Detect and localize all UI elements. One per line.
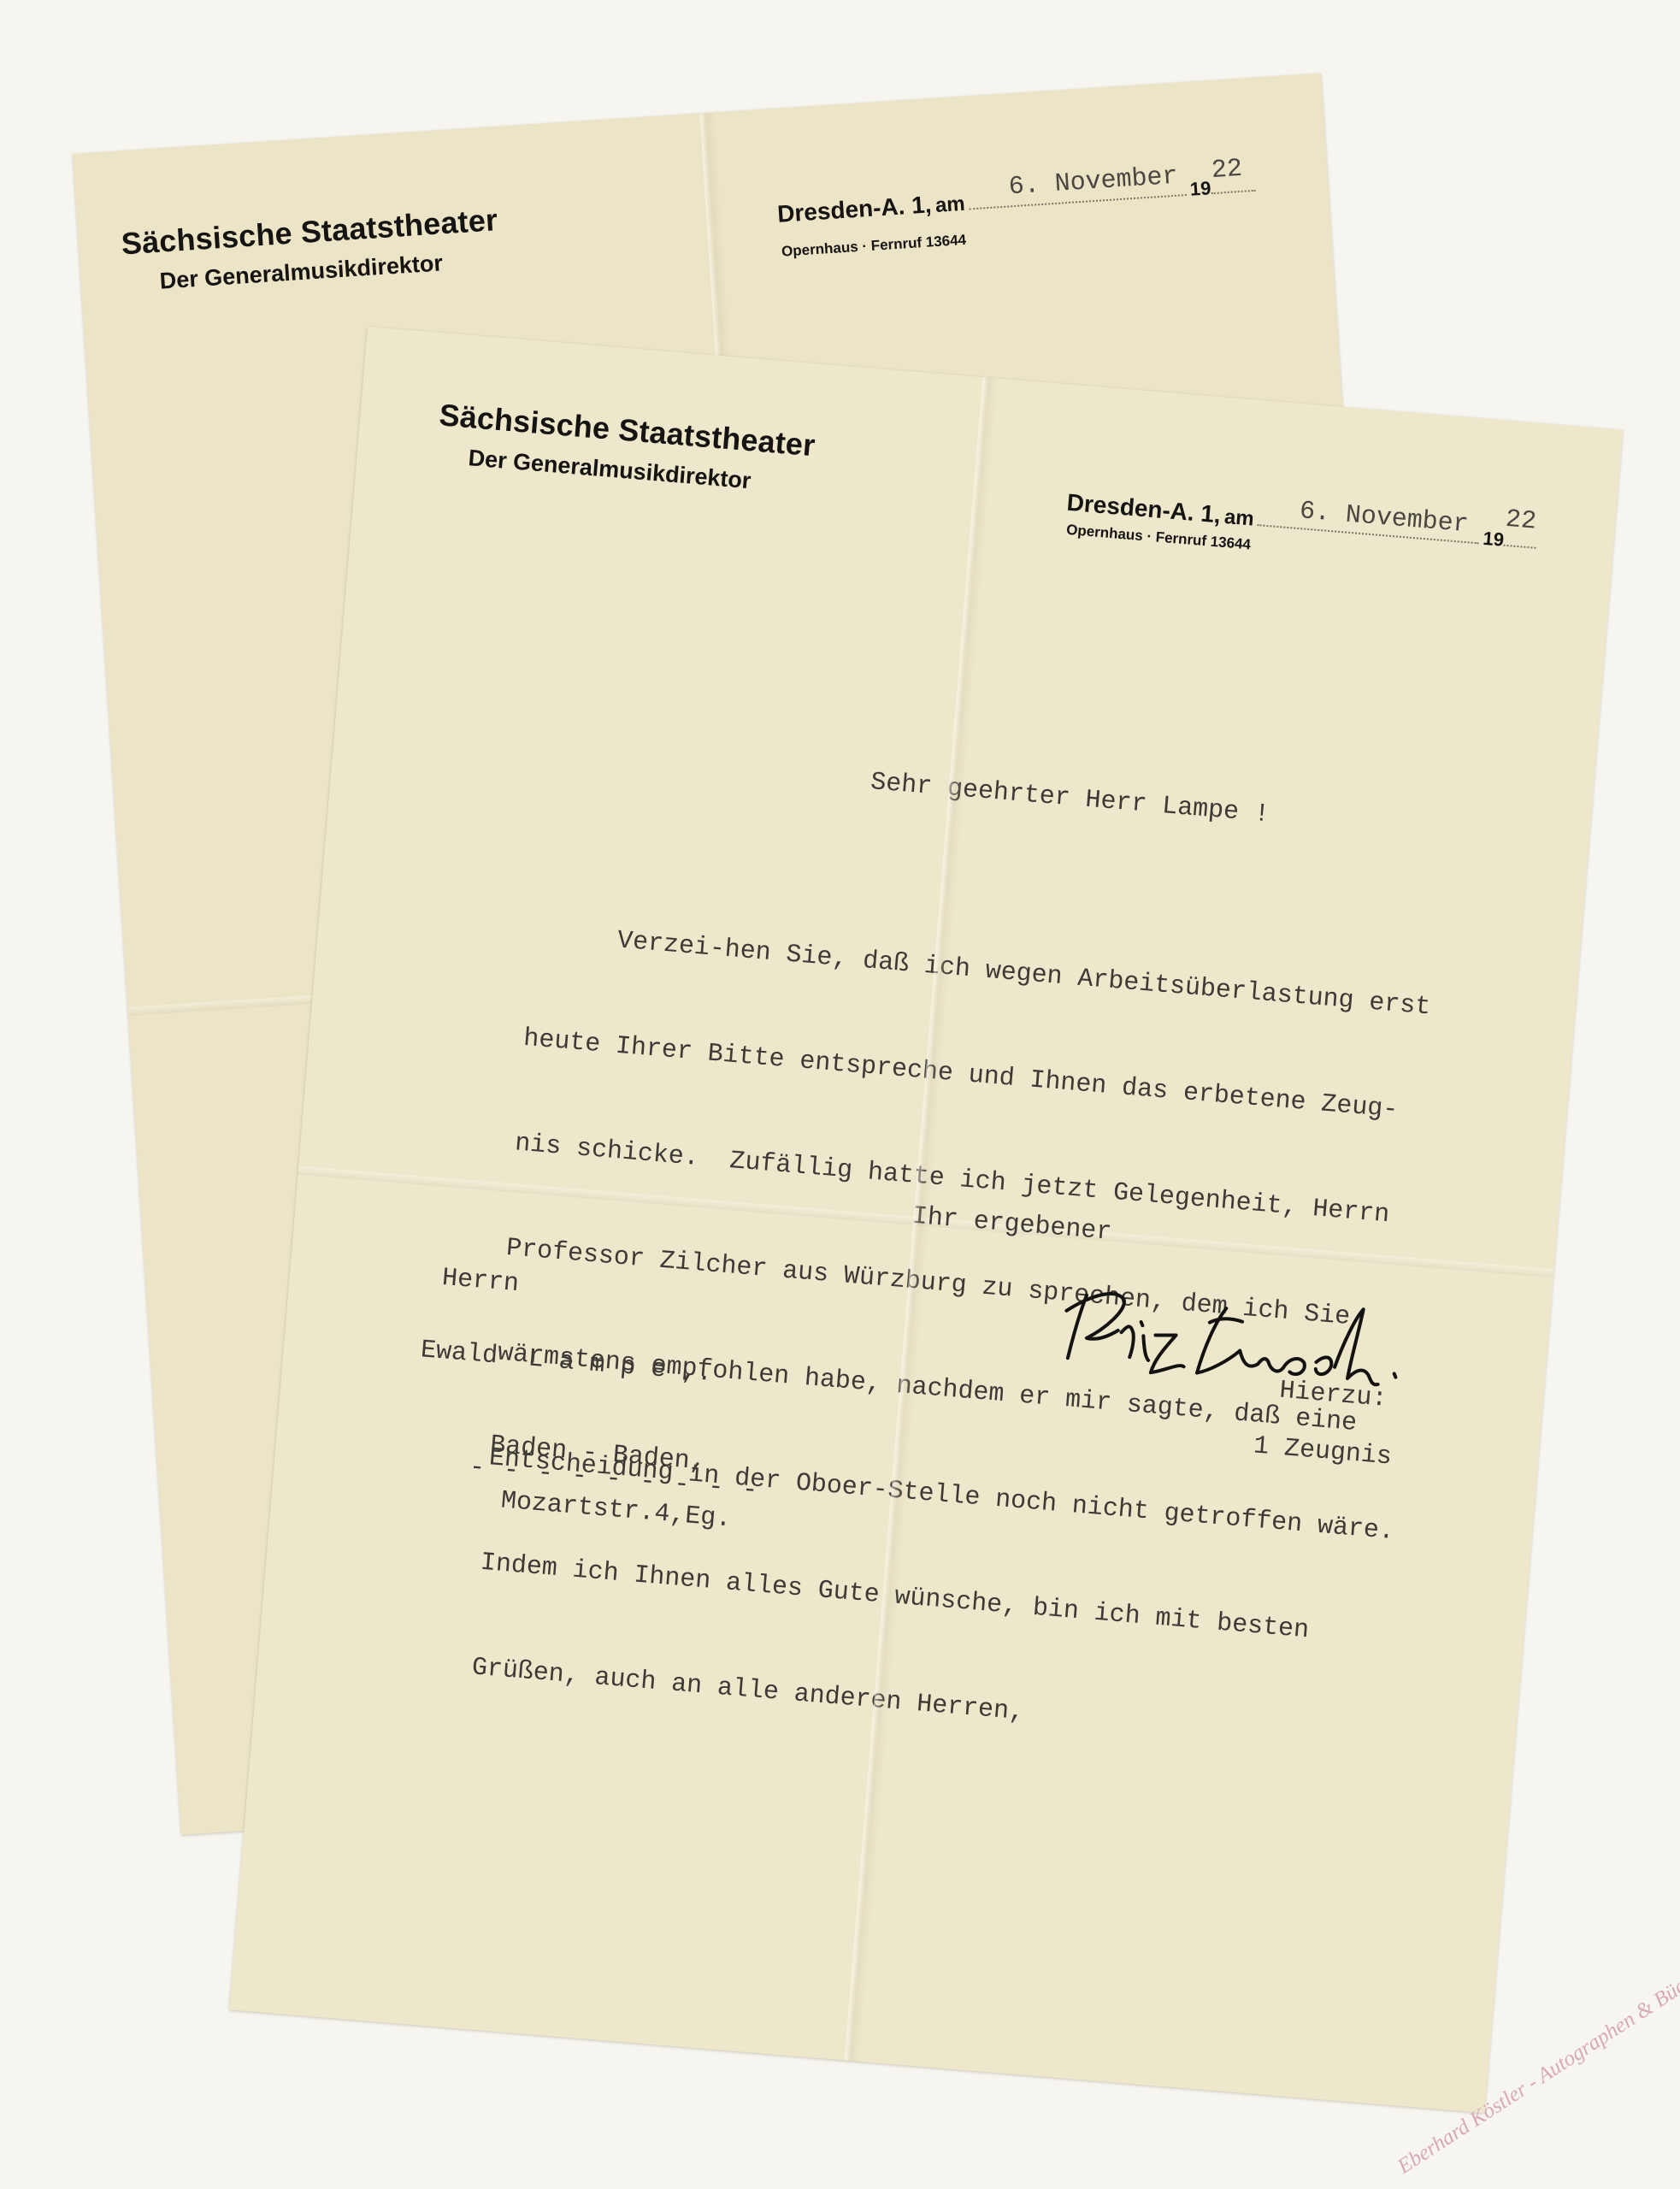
typed-year: 22	[1211, 155, 1243, 186]
letterhead-phone: Opernhaus · Fernruf 13644	[781, 232, 966, 261]
body-line: heute Ihrer Bitte entspreche und Ihnen d…	[522, 1022, 1430, 1131]
recipient-salutation: Herrn	[440, 1261, 520, 1302]
year-prefix: 19	[1483, 528, 1505, 551]
date-prefix: am	[934, 192, 965, 217]
salutation: Sehr geehrter Herr Lampe !	[869, 765, 1271, 833]
body-line: Indem ich Ihnen alles Gute wünsche, bin …	[479, 1546, 1387, 1655]
typed-date: 6. November	[1299, 497, 1470, 540]
typed-year: 22	[1505, 505, 1538, 537]
year-line: 22	[1211, 190, 1256, 194]
letterhead-city: Dresden-A. 1,	[776, 191, 932, 227]
body-line: Grüßen, auch an alle anderen Herren,	[470, 1650, 1378, 1760]
year-line: 22	[1503, 545, 1536, 549]
letterhead-city: Dresden-A. 1,	[1066, 489, 1222, 528]
typed-date: 6. November	[1008, 162, 1179, 203]
date-line: 6. November	[1257, 524, 1478, 544]
letterhead-place-date: Dresden-A. 1, am 6. November 1922	[1066, 489, 1538, 555]
body-line: Verzei-hen Sie, daß ich wegen Arbeitsübe…	[531, 917, 1439, 1026]
front-letter-sheet: Sächsische Staatstheater Der Generalmusi…	[229, 327, 1623, 2113]
letterhead-place-date: Dresden-A. 1, am 6. November 1922	[776, 170, 1256, 228]
year-prefix: 19	[1189, 177, 1211, 200]
date-prefix: am	[1223, 505, 1255, 531]
date-line: 6. November	[969, 194, 1187, 209]
